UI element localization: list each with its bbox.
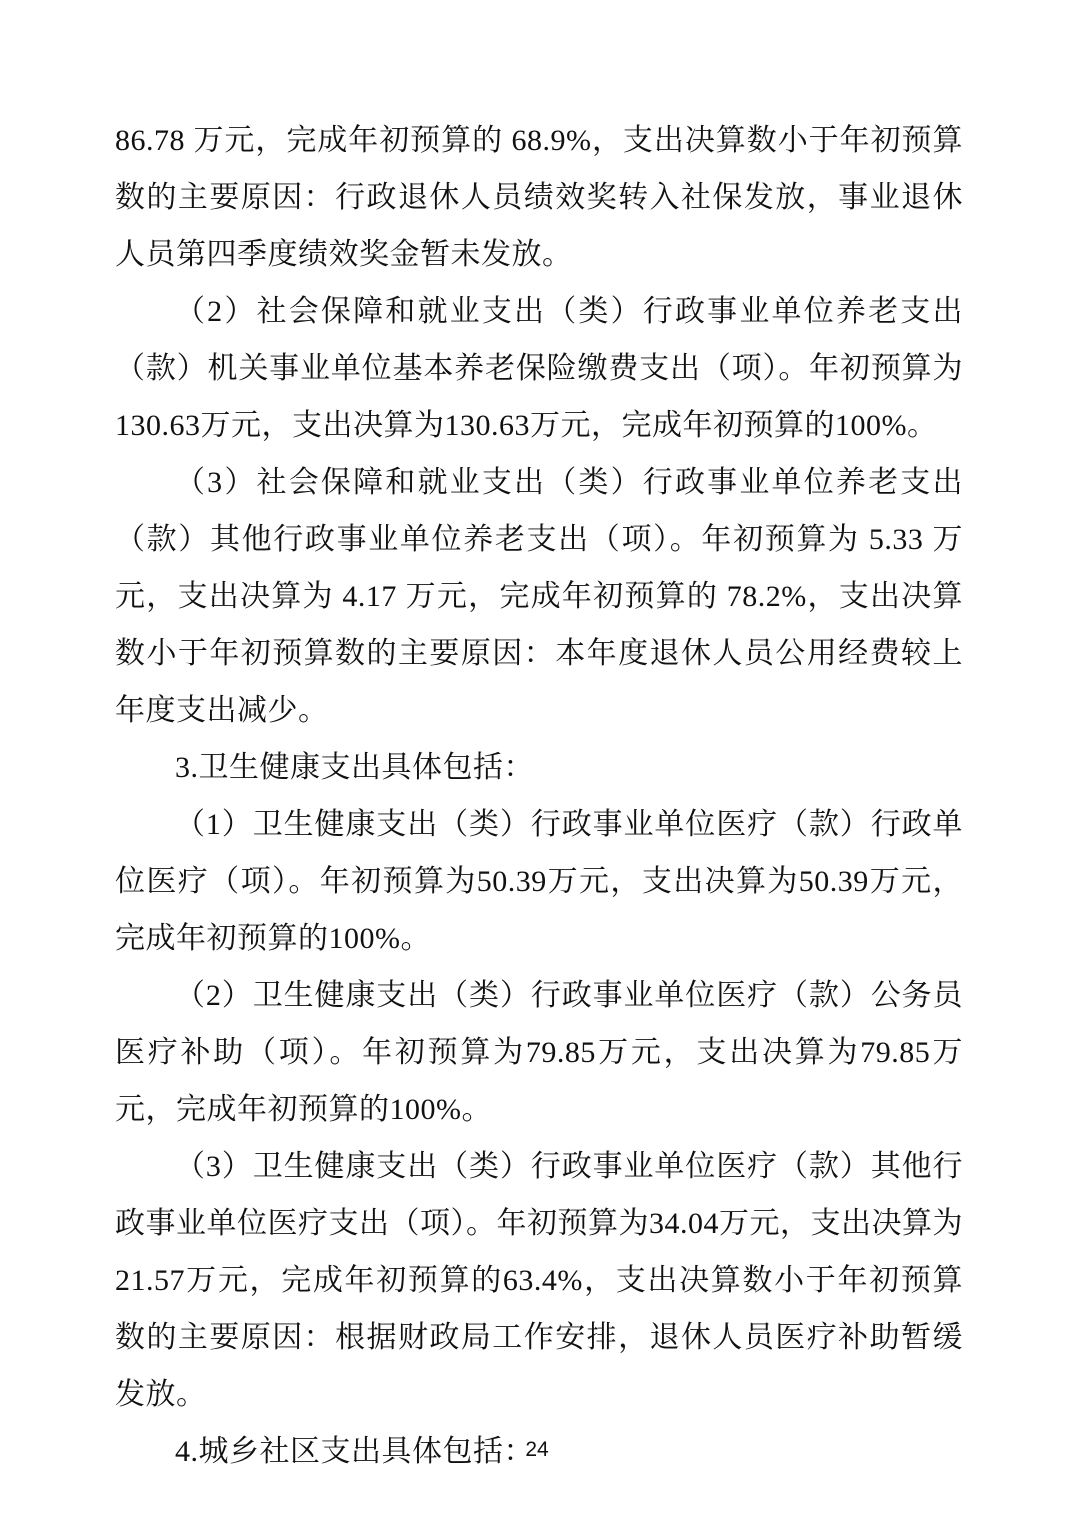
paragraph-continuation-pension-performance-bonus: 86.78 万元，完成年初预算的 68.9%，支出决算数小于年初预算数的主要原因…	[115, 112, 963, 283]
paragraph-social-security-item-3: （3）社会保障和就业支出（类）行政事业单位养老支出（款）其他行政事业单位养老支出…	[115, 454, 963, 739]
paragraph-health-item-2: （2）卫生健康支出（类）行政事业单位医疗（款）公务员医疗补助（项）。年初预算为7…	[115, 967, 963, 1138]
paragraph-health-item-1: （1）卫生健康支出（类）行政事业单位医疗（款）行政单位医疗（项）。年初预算为50…	[115, 796, 963, 967]
paragraph-social-security-item-2: （2）社会保障和就业支出（类）行政事业单位养老支出（款）机关事业单位基本养老保险…	[115, 283, 963, 454]
document-body: 86.78 万元，完成年初预算的 68.9%，支出决算数小于年初预算数的主要原因…	[115, 112, 963, 1480]
document-page: 86.78 万元，完成年初预算的 68.9%，支出决算数小于年初预算数的主要原因…	[0, 0, 1074, 1520]
page-number: 24	[0, 1438, 1074, 1462]
heading-health-expenditure-section-3: 3.卫生健康支出具体包括：	[115, 739, 963, 796]
paragraph-health-item-3: （3）卫生健康支出（类）行政事业单位医疗（款）其他行政事业单位医疗支出（项）。年…	[115, 1138, 963, 1423]
